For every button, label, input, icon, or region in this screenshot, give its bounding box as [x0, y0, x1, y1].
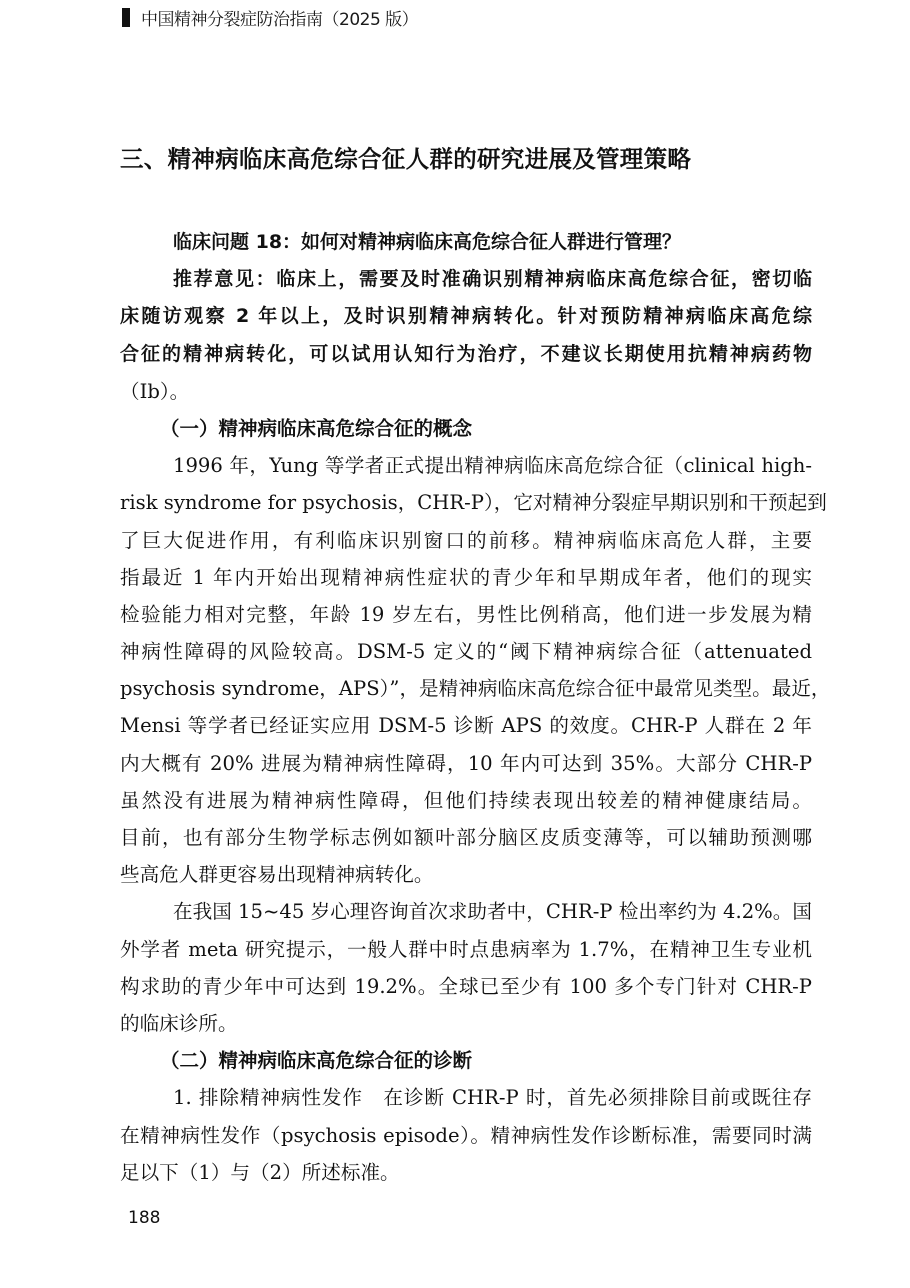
paragraph-line: 构求助的青少年中可达到 19.2%。全球已至少有 100 多个专门针对 CHR-…: [120, 968, 812, 1005]
paragraph-line: 检验能力相对完整，年龄 19 岁左右，男性比例稍高，他们进一步发展为精: [120, 596, 812, 633]
page-number: 188: [128, 1208, 160, 1228]
paragraph-diagnosis-1: 1. 排除精神病性发作 在诊断 CHR-P 时，首先必须排除目前或既往存 在精神…: [120, 1079, 812, 1191]
recommendation-line: （Ib）。: [120, 373, 812, 410]
section-title: 三、精神病临床高危综合征人群的研究进展及管理策略: [120, 140, 691, 174]
recommendation-line: 床随访观察 2 年以上，及时识别精神病转化。针对预防精神病临床高危综: [120, 298, 812, 335]
paragraph-line: 在精神病性发作（psychosis episode）。精神病性发作诊断标准，需要…: [120, 1117, 812, 1154]
paragraph-line: 外学者 meta 研究提示，一般人群中时点患病率为 1.7%，在精神卫生专业机: [120, 931, 812, 968]
paragraph-line: 了巨大促进作用，有利临床识别窗口的前移。精神病临床高危人群，主要: [120, 522, 812, 559]
running-header-title: 中国精神分裂症防治指南（2025 版）: [141, 5, 418, 30]
paragraph-line: 1. 排除精神病性发作 在诊断 CHR-P 时，首先必须排除目前或既往存: [120, 1079, 812, 1116]
paragraph-line: 内大概有 20% 进展为精神病性障碍，10 年内可达到 35%。大部分 CHR-…: [120, 745, 812, 782]
paragraph-concept-1: 1996 年，Yung 等学者正式提出精神病临床高危综合征（clinical h…: [120, 447, 812, 893]
paragraph-line: 目前，也有部分生物学标志例如额叶部分脑区皮质变薄等，可以辅助预测哪: [120, 819, 812, 856]
paragraph-line: 神病性障碍的风险较高。DSM-5 定义的“阈下精神病综合征（attenuated: [120, 633, 812, 670]
paragraph-line: risk syndrome for psychosis，CHR-P），它对精神分…: [120, 484, 812, 521]
paragraph-line: psychosis syndrome，APS）”，是精神病临床高危综合征中最常见…: [120, 670, 812, 707]
page-content: 临床问题 18：如何对精神病临床高危综合征人群进行管理？ 推荐意见：临床上，需要…: [120, 224, 812, 1191]
running-header: 中国精神分裂症防治指南（2025 版）: [122, 4, 418, 30]
clinical-question: 临床问题 18：如何对精神病临床高危综合征人群进行管理？: [120, 224, 812, 261]
paragraph-line: Mensi 等学者已经证实应用 DSM-5 诊断 APS 的效度。CHR-P 人…: [120, 707, 812, 744]
paragraph-line: 的临床诊所。: [120, 1005, 812, 1042]
header-marker-bar: [122, 8, 130, 27]
paragraph-line: 些高危人群更容易出现精神病转化。: [120, 856, 812, 893]
paragraph-line: 虽然没有进展为精神病性障碍，但他们持续表现出较差的精神健康结局。: [120, 782, 812, 819]
subsection-heading-diagnosis: （二）精神病临床高危综合征的诊断: [120, 1042, 812, 1079]
paragraph-line: 1996 年，Yung 等学者正式提出精神病临床高危综合征（clinical h…: [120, 447, 812, 484]
paragraph-line: 足以下（1）与（2）所述标准。: [120, 1154, 812, 1191]
subsection-heading-concept: （一）精神病临床高危综合征的概念: [120, 410, 812, 447]
recommendation-line: 推荐意见：临床上，需要及时准确识别精神病临床高危综合征，密切临: [120, 261, 812, 298]
paragraph-concept-2: 在我国 15~45 岁心理咨询首次求助者中，CHR-P 检出率约为 4.2%。国…: [120, 893, 812, 1042]
paragraph-line: 指最近 1 年内开始出现精神病性症状的青少年和早期成年者，他们的现实: [120, 559, 812, 596]
recommendation-line: 合征的精神病转化，可以试用认知行为治疗，不建议长期使用抗精神病药物: [120, 336, 812, 373]
recommendation-block: 推荐意见：临床上，需要及时准确识别精神病临床高危综合征，密切临 床随访观察 2 …: [120, 261, 812, 410]
paragraph-line: 在我国 15~45 岁心理咨询首次求助者中，CHR-P 检出率约为 4.2%。国: [120, 893, 812, 930]
